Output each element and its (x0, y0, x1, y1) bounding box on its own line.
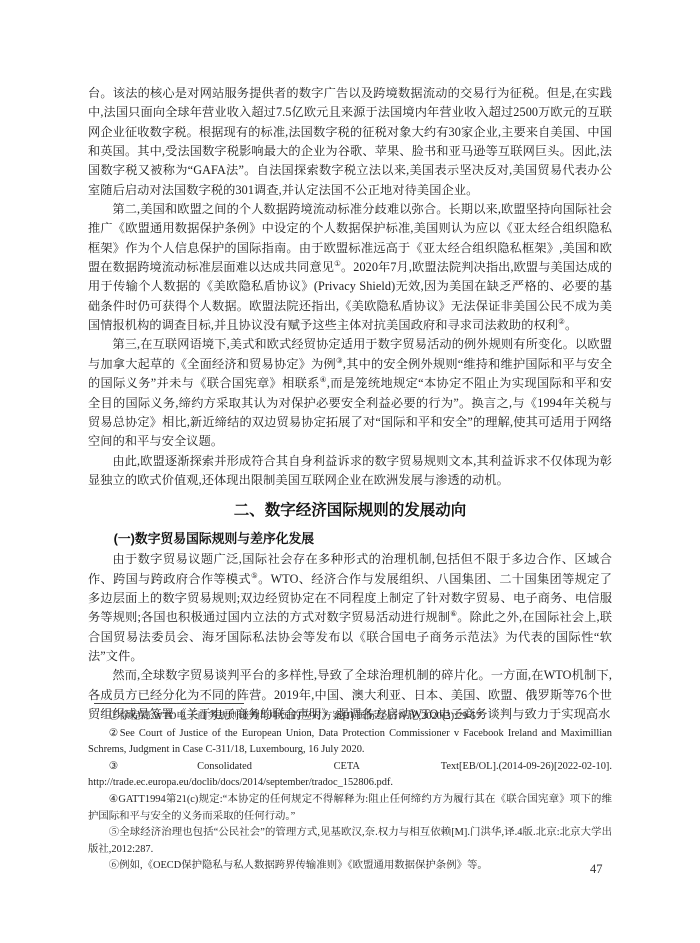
body-text: 台。该法的核心是对网站服务提供者的数字广告以及跨境数据流动的交易行为征税。但是,… (88, 84, 612, 724)
footnote-2: ②See Court of Justice of the European Un… (88, 726, 612, 759)
footnote-4: ④GATT1994第21(c)规定:“本协定的任何规定不得解释为:阻止任何缔约方… (88, 792, 612, 825)
paragraph-1: 台。该法的核心是对网站服务提供者的数字广告以及跨境数据流动的交易行为征税。但是,… (88, 84, 612, 200)
footnote-6: ⑥例如,《OECD保护隐私与私人数据跨界传输准则》《欧盟通用数据保护条例》等。 (88, 858, 612, 875)
paragraph-5: 由于数字贸易议题广泛,国际社会存在多种形式的治理机制,包括但不限于多边合作、区域… (88, 550, 612, 666)
page-number: 47 (590, 862, 603, 877)
document-page: 台。该法的核心是对网站服务提供者的数字广告以及跨境数据流动的交易行为征税。但是,… (0, 0, 700, 943)
paragraph-2: 第二,美国和欧盟之间的个人数据跨境流动标准分歧难以弥合。长期以来,欧盟坚持向国际… (88, 200, 612, 335)
footnote-1: ①徐程锦.WTO电子商务规则谈判与中国的应对方案[J].国际经济评论,2020(… (88, 709, 612, 726)
footnote-3: ③Consolidated CETA Text[EB/OL].(2014-09-… (88, 759, 612, 792)
subsection-heading: (一)数字贸易国际规则与差序化发展 (88, 529, 612, 548)
paragraph-4: 由此,欧盟逐渐探索并形成符合其自身利益诉求的数字贸易规则文本,其利益诉求不仅体现… (88, 452, 612, 491)
section-heading: 二、数字经济国际规则的发展动向 (88, 500, 612, 522)
footnote-5: ⑤全球经济治理也包括“公民社会”的管理方式,见基欧汉,奈.权力与相互依赖[M].… (88, 825, 612, 858)
footnotes-section: ①徐程锦.WTO电子商务规则谈判与中国的应对方案[J].国际经济评论,2020(… (88, 703, 612, 875)
paragraph-3: 第三,在互联网语境下,美式和欧式经贸协定适用于数字贸易活动的例外规则有所变化。以… (88, 335, 612, 451)
footnote-divider (94, 703, 244, 704)
